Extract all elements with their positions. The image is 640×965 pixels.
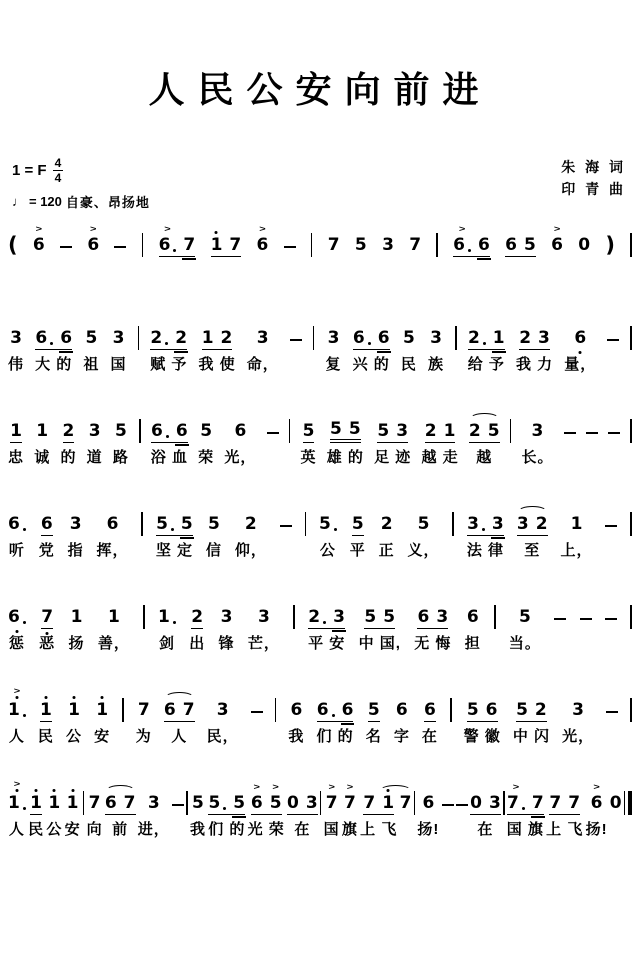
lyric: 越	[476, 449, 492, 471]
note: 7	[328, 237, 340, 254]
note: 7	[138, 702, 150, 719]
note-token: 3锋	[219, 599, 235, 657]
lyric: 量，	[564, 356, 596, 378]
note-group: 7	[409, 237, 421, 257]
note-row: 32	[517, 506, 548, 536]
note-group: 2	[245, 516, 257, 536]
note: 2	[469, 423, 481, 440]
note: 6	[105, 795, 117, 812]
augmentation-dot	[23, 714, 26, 717]
note-row: 3	[217, 692, 229, 722]
note-token: 23平 安	[308, 599, 345, 657]
note-row: 6	[424, 692, 436, 722]
note-digit: 6	[478, 237, 490, 254]
lyricist-credit: 朱 海 词	[561, 157, 626, 179]
note: 6	[107, 516, 119, 533]
dash-note	[580, 618, 592, 627]
note-group: >6	[551, 237, 563, 257]
note-group: 67	[164, 702, 195, 722]
note-digit: 3	[430, 330, 442, 347]
note-token	[564, 413, 576, 471]
note: 3	[333, 609, 345, 626]
rest-note: 0	[287, 795, 299, 812]
lyric: 我	[288, 728, 304, 750]
note-group: 21	[468, 330, 505, 350]
note-group: 66	[35, 330, 72, 350]
note-token	[630, 506, 632, 564]
note-row: 21	[425, 413, 456, 443]
note-token: 3进，	[138, 785, 170, 843]
note-row: 7	[328, 227, 340, 257]
score: (>6>6>6717>67537>6665>60)3伟66大 的5祖3国22赋 …	[0, 227, 640, 843]
note-digit: 3	[257, 330, 269, 347]
note-group: >6	[591, 795, 603, 815]
lyric: 人	[9, 728, 25, 750]
note-token: 3道	[87, 413, 103, 471]
note-digit: 5	[349, 421, 361, 438]
note: >7	[326, 795, 338, 812]
note-row: 6	[8, 599, 26, 629]
note-token	[305, 506, 307, 564]
note-group: 3	[113, 330, 125, 350]
note-group	[608, 432, 620, 444]
note: 1	[48, 795, 60, 812]
note-row	[450, 692, 452, 722]
note-group: 77	[549, 795, 580, 815]
note-group: 1	[68, 702, 80, 722]
note-row	[630, 692, 632, 722]
note-row: 5	[368, 692, 380, 722]
note-group: >66	[453, 237, 490, 257]
note-token: 77上 飞	[546, 785, 583, 843]
note: >6	[87, 237, 99, 254]
song-title: 人民公安向前进	[0, 0, 640, 113]
note-group	[580, 618, 592, 630]
note-digit: 5	[488, 423, 500, 440]
accent-mark: >	[347, 783, 353, 791]
lyric: 公	[320, 542, 336, 564]
note-group: >77	[507, 795, 544, 815]
note-token	[436, 227, 438, 285]
note-group: 3	[572, 702, 584, 722]
note-row: 6	[422, 785, 434, 815]
note-group: 1	[108, 609, 120, 629]
note: 7	[409, 237, 421, 254]
note-token: >6	[33, 227, 45, 285]
duration-dash	[267, 432, 279, 435]
barline	[494, 605, 496, 629]
system-row: >1人1民1公1安7向67前3进，5我55们 的>6>5光 荣03在>7国>7旗…	[0, 785, 640, 843]
note-token: 1安	[65, 785, 81, 843]
note-row: 5	[418, 506, 430, 536]
augmentation-dot	[223, 807, 226, 810]
note-digit: 3	[396, 423, 408, 440]
note-digit: 2	[221, 330, 233, 347]
lyric: 义，	[408, 542, 440, 564]
note: 3	[517, 516, 529, 533]
note-token: 6光，	[224, 413, 256, 471]
barline	[141, 512, 143, 536]
note-group: 6	[422, 795, 434, 815]
note-digit: 6	[396, 702, 408, 719]
lyric: 民，	[207, 728, 239, 750]
note-row: 0	[610, 785, 622, 815]
note-token	[414, 785, 416, 843]
augmentation-dot	[23, 528, 26, 531]
note-group: 03	[287, 795, 318, 815]
note-group: 25	[469, 423, 500, 443]
barline	[275, 698, 277, 722]
note-digit: 3	[382, 237, 394, 254]
note-row: 33	[467, 506, 504, 536]
note-group: >6	[87, 237, 99, 257]
note-row: 1	[48, 785, 60, 815]
note-token	[141, 506, 143, 564]
note-token: 55中 国,	[359, 599, 401, 657]
note-row: >1	[8, 785, 26, 815]
note-digit: 3	[306, 795, 318, 812]
note-token	[605, 506, 617, 564]
note-token: 1安	[94, 692, 110, 750]
note-token: 22赋 予	[150, 320, 187, 378]
lyric: 旗	[342, 821, 358, 843]
note-digit: 5	[200, 423, 212, 440]
note-token	[510, 413, 512, 471]
note: 6	[234, 423, 246, 440]
note-row: 3	[113, 320, 125, 350]
barline	[143, 605, 145, 629]
barline	[289, 419, 291, 443]
note-token	[503, 785, 505, 843]
note-group: 71	[363, 795, 394, 815]
note-token: >7旗	[342, 785, 358, 843]
lyric: 名	[366, 728, 382, 750]
note-row	[586, 413, 598, 443]
note-token: 5路	[113, 413, 129, 471]
note-token	[313, 320, 315, 378]
note-group: 2	[191, 609, 203, 629]
lyric: 扬!	[417, 821, 439, 843]
note-token	[450, 692, 452, 750]
note: 6	[151, 423, 169, 440]
note-digit: 6	[551, 237, 563, 254]
note-group: >6	[33, 237, 45, 257]
note-row: 5	[352, 506, 364, 536]
note-token: 1忠	[8, 413, 24, 471]
composer-credit: 印 青 曲	[561, 179, 626, 201]
octave-dot-above	[215, 231, 218, 234]
note-digit: 5	[516, 702, 528, 719]
note-group	[456, 804, 468, 816]
octave-dot-below	[15, 630, 18, 633]
note: 5	[368, 702, 380, 719]
note-digit: 7	[124, 795, 136, 812]
note-digit: 6	[290, 702, 302, 719]
lyric: 国	[324, 821, 340, 843]
note-token	[280, 506, 292, 564]
lyric: 上，	[560, 542, 592, 564]
note-row: 67	[164, 692, 195, 722]
note-token	[186, 785, 188, 843]
accent-mark: >	[254, 783, 260, 791]
note-token: 1公	[46, 785, 62, 843]
note-row: 56	[467, 692, 498, 722]
note: 7	[183, 237, 195, 254]
note-row	[275, 692, 277, 722]
lyric: 我 力	[516, 356, 553, 378]
note-row: 1	[30, 785, 42, 815]
augmentation-dot	[368, 342, 371, 345]
note: 6	[176, 423, 188, 440]
note: 5	[200, 423, 212, 440]
barline	[630, 233, 632, 257]
note-digit: 5	[85, 330, 97, 347]
note-row	[414, 785, 416, 815]
note-token: 6挥，	[97, 506, 129, 564]
note-row: 3	[257, 320, 269, 350]
augmentation-dot	[173, 621, 176, 624]
barline	[455, 326, 457, 350]
dash-note	[172, 804, 184, 813]
note-digit: 3	[113, 330, 125, 347]
note-digit: 5	[403, 330, 415, 347]
note: 5	[418, 516, 430, 533]
note-group: 33	[467, 516, 504, 536]
note-token: 2的	[60, 413, 76, 471]
note-digit: 3	[221, 609, 233, 626]
note-digit: 1	[382, 795, 394, 812]
accent-mark: >	[593, 783, 599, 791]
note-group: >1	[8, 795, 26, 815]
note-row	[503, 785, 505, 815]
note: 5	[156, 516, 174, 533]
note-row	[564, 413, 576, 443]
note: 3	[113, 330, 125, 347]
note: 3	[258, 609, 270, 626]
note: 6	[378, 330, 390, 347]
note-token: 33法 律	[467, 506, 504, 564]
note-token: 3复	[326, 320, 342, 378]
note-digit: 1	[36, 423, 48, 440]
note-group: 5	[192, 795, 204, 815]
augmentation-dot	[50, 342, 53, 345]
note-group: 0	[578, 237, 590, 257]
augmentation-dot	[23, 621, 26, 624]
note: 7	[532, 795, 544, 812]
note-row	[141, 506, 143, 536]
key-label: 1 = F	[12, 162, 47, 179]
note-row: 6	[396, 692, 408, 722]
note: 3	[532, 423, 544, 440]
lyric: 足 迹	[374, 449, 411, 471]
note-row: 7	[89, 785, 101, 815]
note-row: 66	[353, 320, 390, 350]
note-row	[554, 599, 566, 629]
note-digit: 6	[467, 609, 479, 626]
note-token: (	[8, 227, 18, 285]
duration-dash	[608, 432, 620, 435]
note-row	[83, 785, 85, 815]
note-token	[293, 599, 295, 657]
lyric: 赋 予	[150, 356, 187, 378]
note-digit: 7	[138, 702, 150, 719]
note-digit: 5	[355, 237, 367, 254]
note-row	[630, 227, 632, 257]
note-row: 7	[409, 227, 421, 257]
note-token: 21越 走	[421, 413, 458, 471]
note-group: 3	[70, 516, 82, 536]
lyric: 坚 定	[156, 542, 193, 564]
note-token	[114, 227, 126, 285]
lyric: 大 的	[35, 356, 72, 378]
duration-dash	[456, 804, 468, 807]
note-digit: 1	[30, 795, 42, 812]
note-digit: 1	[8, 702, 20, 719]
dash-note	[290, 339, 302, 348]
note-row: 1	[10, 413, 22, 443]
note-row	[456, 785, 468, 815]
barline	[630, 512, 632, 536]
note: 5	[319, 516, 337, 533]
note-token: 3命，	[247, 320, 279, 378]
note-group	[251, 711, 263, 723]
note-token: 65	[505, 227, 536, 285]
note-group: 6	[424, 702, 436, 722]
note: >7	[344, 795, 356, 812]
augmentation-dot	[483, 342, 486, 345]
note: 1	[571, 516, 583, 533]
note: 6	[8, 516, 26, 533]
note-row	[580, 599, 592, 629]
note-row	[293, 599, 295, 629]
accent-mark: >	[272, 783, 278, 791]
lyric: 扬!	[586, 821, 608, 843]
note-token: 5荣	[198, 413, 214, 471]
duration-dash	[114, 246, 126, 249]
note-digit: 6	[107, 516, 119, 533]
note-digit: 5	[233, 795, 245, 812]
note-token: >7国	[324, 785, 340, 843]
lyric: 法 律	[467, 542, 504, 564]
note-token: 63无 悔	[414, 599, 451, 657]
note-digit: 1	[96, 702, 108, 719]
note: >6	[453, 237, 471, 254]
note-group: 7	[89, 795, 101, 815]
note-token	[290, 320, 302, 378]
lyric: 听	[9, 542, 25, 564]
note-digit: 7	[183, 237, 195, 254]
note-group: 1	[36, 423, 48, 443]
note-group: 5	[355, 237, 367, 257]
barline	[630, 605, 632, 629]
note-group	[114, 246, 126, 258]
note-token: 66大 的	[35, 320, 72, 378]
note-token	[624, 785, 632, 843]
note-row	[186, 785, 188, 815]
note-digit: 7	[532, 795, 544, 812]
note-token: 3指	[68, 506, 84, 564]
accent-mark: >	[36, 225, 42, 233]
note: 7	[124, 795, 136, 812]
note-group: 3	[217, 702, 229, 722]
lyric: 担	[465, 635, 481, 657]
note: >7	[507, 795, 525, 812]
note-row: 2	[63, 413, 75, 443]
note: 5	[192, 795, 204, 812]
lyric: 祖	[83, 356, 99, 378]
lyric: 出	[189, 635, 205, 657]
tempo-line: ♩ = 120 自豪、昂扬地	[12, 192, 150, 211]
note: 6	[486, 702, 498, 719]
note: >6	[251, 795, 263, 812]
lyric: 道	[87, 449, 103, 471]
note-digit: 6	[505, 237, 517, 254]
note: 2	[221, 330, 233, 347]
lyric: 中 闪	[513, 728, 550, 750]
note-token: >6	[87, 227, 99, 285]
lyric: 复	[326, 356, 342, 378]
note-digit: 3	[532, 423, 544, 440]
note-group: 5	[418, 516, 430, 536]
note-row: 12	[202, 320, 233, 350]
note-digit: 2	[519, 330, 531, 347]
note: 3	[221, 609, 233, 626]
note-token: 66浴 血	[151, 413, 188, 471]
note-token: 6在	[422, 692, 438, 750]
note-digit: 7	[183, 702, 195, 719]
lyric: 英	[301, 449, 317, 471]
note-digit: 6	[317, 702, 329, 719]
note-row: 55	[156, 506, 193, 536]
note-digit: 2	[175, 330, 187, 347]
note-token: 3芒，	[248, 599, 280, 657]
augmentation-dot	[171, 528, 174, 531]
note-token: 55们 的	[208, 785, 245, 843]
lyric: 进，	[138, 821, 170, 843]
note-digit: 1	[8, 795, 20, 812]
note-digit: 1	[108, 609, 120, 626]
note-group: >7	[326, 795, 338, 815]
note-row: 5	[115, 413, 127, 443]
note-row	[442, 785, 454, 815]
note-token: 5	[355, 227, 367, 285]
note: 3	[382, 237, 394, 254]
lyric: 善，	[98, 635, 130, 657]
note-row: 3	[430, 320, 442, 350]
octave-dot-above	[101, 696, 104, 699]
duration-dash	[606, 711, 618, 714]
note-token: >6>5光 荣	[248, 785, 285, 843]
note-row	[607, 320, 619, 350]
note-token	[289, 413, 291, 471]
duration-dash	[564, 432, 576, 435]
note-token	[607, 320, 619, 378]
note-digit: 7	[41, 609, 53, 626]
note-group: 7	[138, 702, 150, 722]
system-row: 3伟66大 的5祖3国22赋 予12我 使3命，3复66兴 的5民3族21给 予…	[0, 320, 640, 378]
note: 6	[342, 702, 354, 719]
note-token	[284, 227, 296, 285]
note-digit: 6	[35, 330, 47, 347]
note-group: 2	[381, 516, 393, 536]
note-token	[630, 692, 632, 750]
note-token: 1民	[28, 785, 44, 843]
barline	[630, 698, 632, 722]
note-digit: 3	[436, 609, 448, 626]
lyric: 芒，	[248, 635, 280, 657]
note-group	[606, 711, 618, 723]
note-token	[122, 692, 124, 750]
